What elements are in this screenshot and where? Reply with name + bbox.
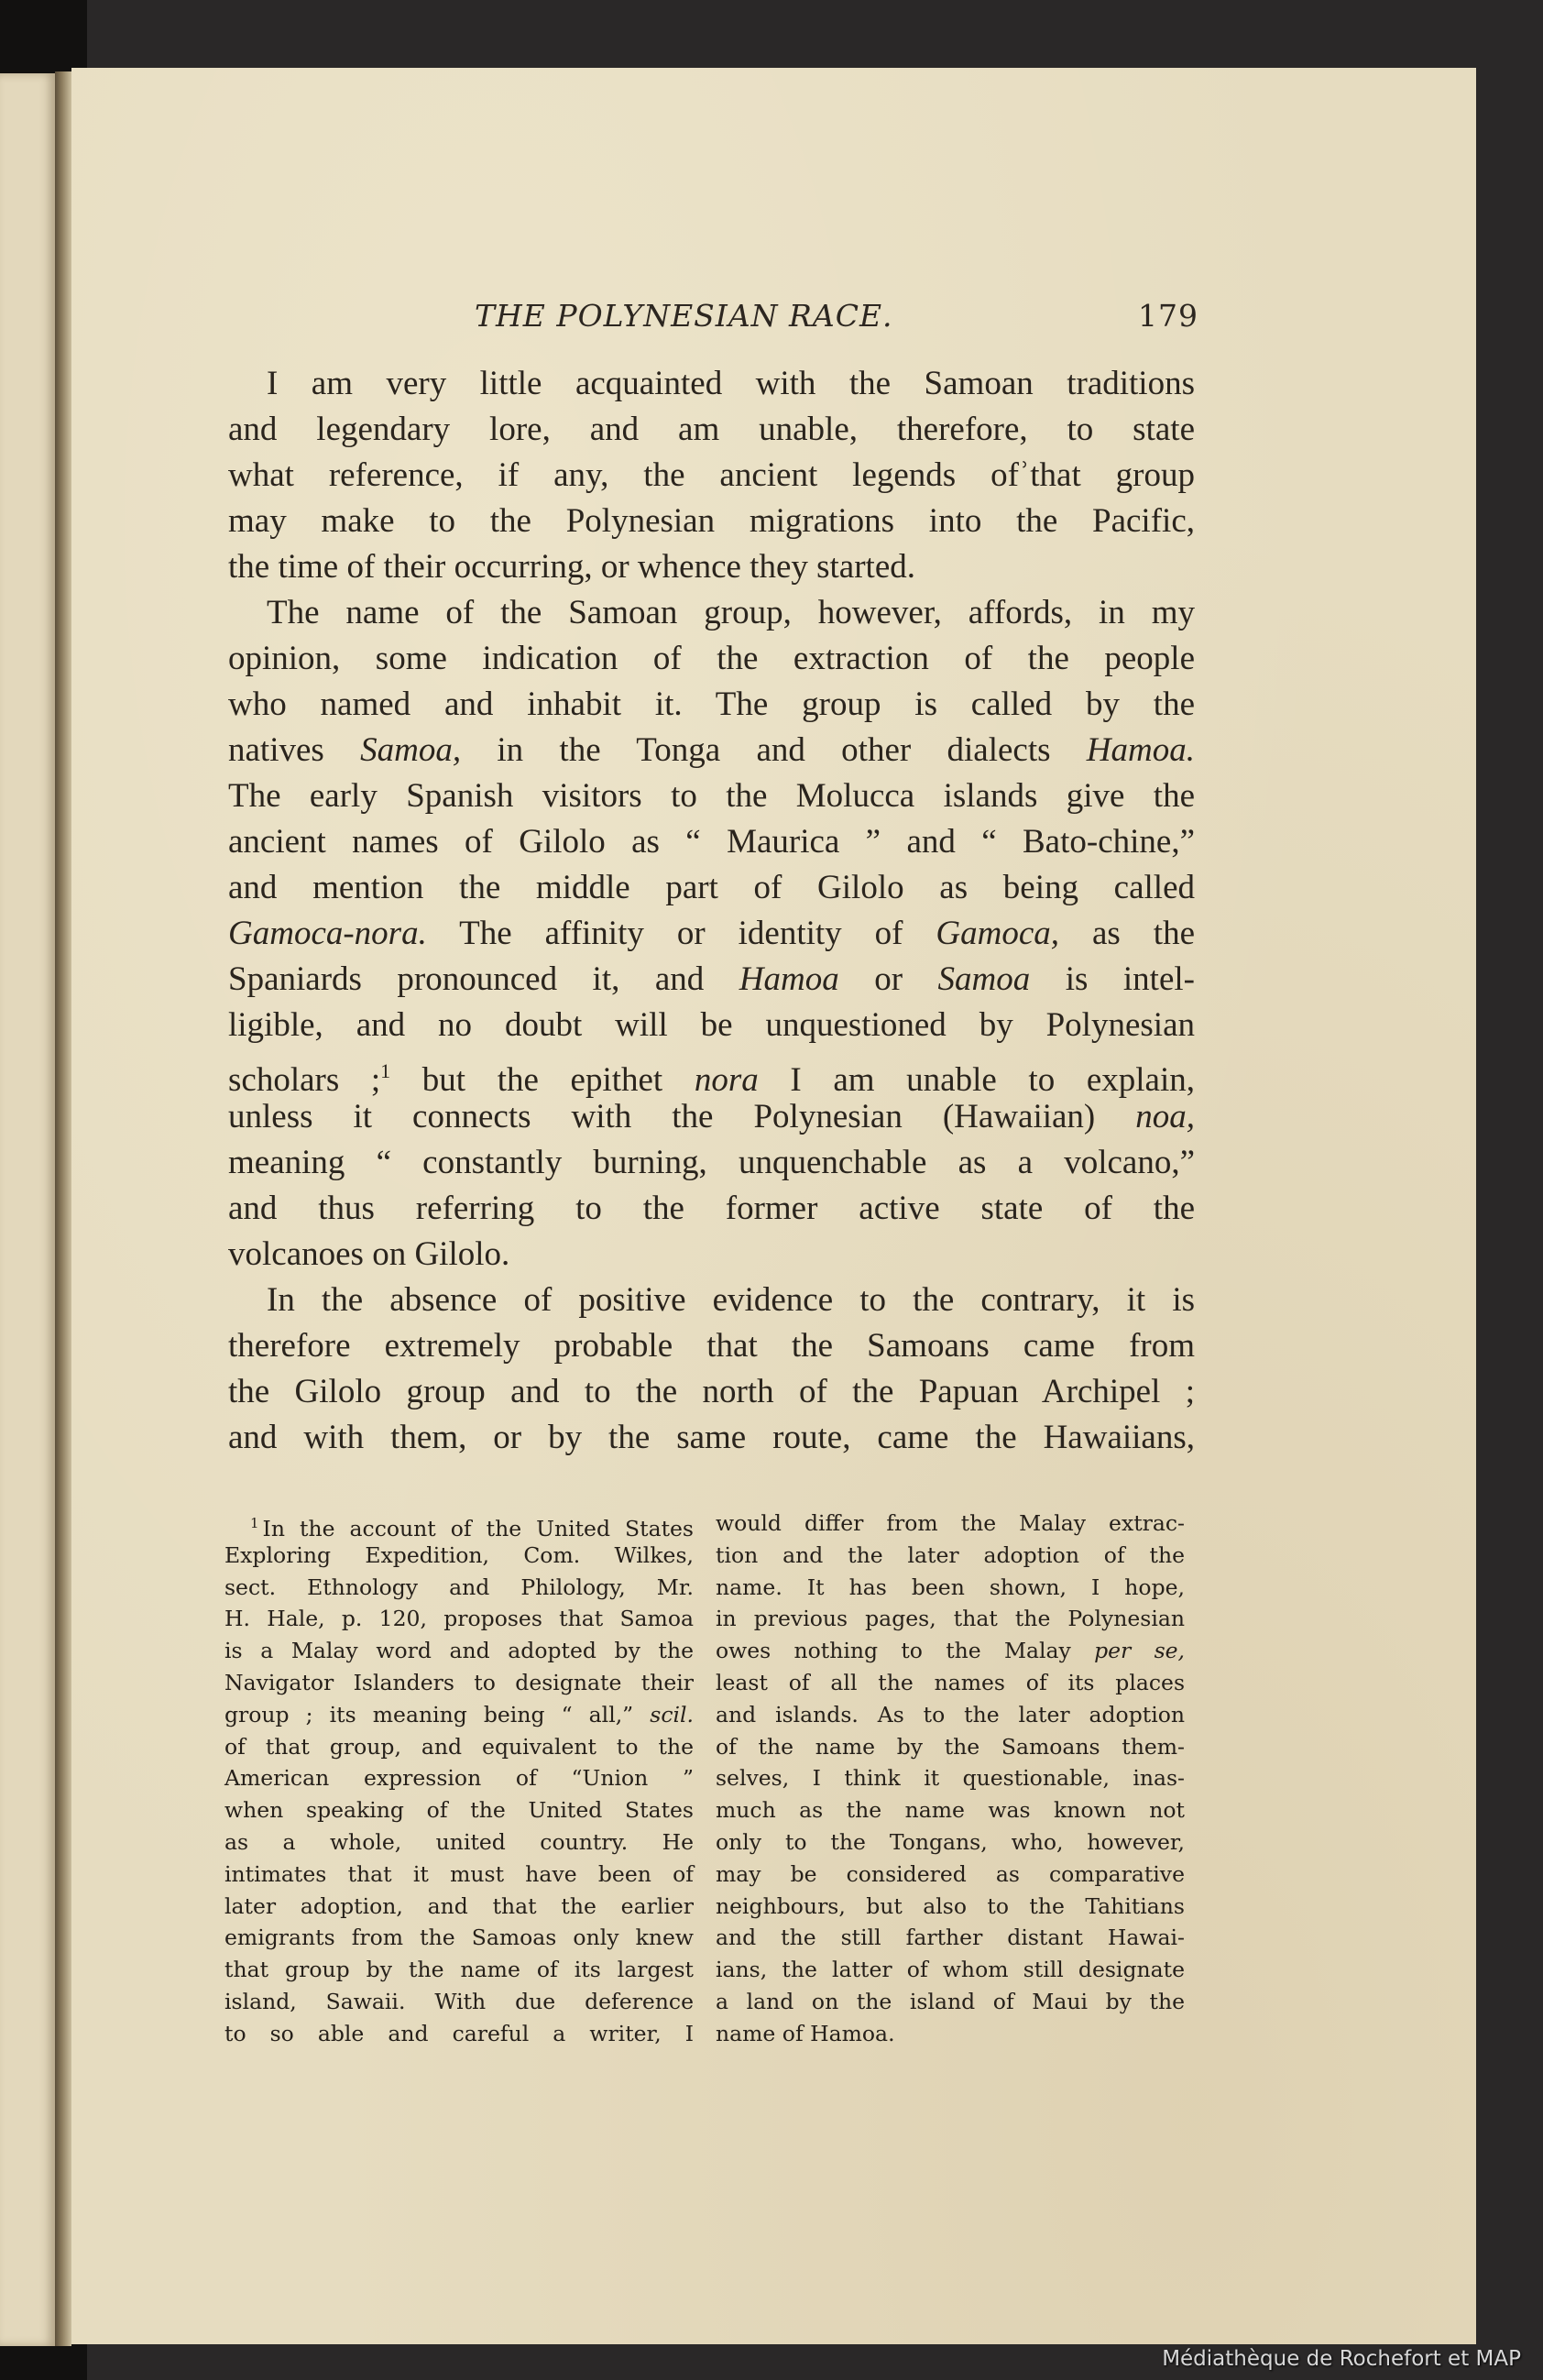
footnote-line: group ; its meaning being “ all,” scil. [224,1699,694,1731]
footnote-line: only to the Tongans, who, however, [716,1826,1185,1859]
text-segment: may be considered as comparative [716,1861,1185,1887]
page-number: 179 [1138,298,1198,334]
footnote-line: owes nothing to the Malay per se, [716,1635,1185,1667]
footnote-line: is a Malay word and adopted by the [224,1635,694,1667]
footnote-line: least of all the names of its places [716,1667,1185,1699]
italic-text: Samoa, [360,731,461,769]
text-segment: the Gilolo group and to the north of the… [228,1373,1195,1410]
book-gutter [55,71,71,2346]
footnote-line: Navigator Islanders to designate their [224,1667,694,1699]
text-line: scholars ;1 but the epithet nora I am un… [228,1048,1195,1094]
italic-text: nora [695,1061,759,1099]
text-segment: later adoption, and that the earlier [224,1893,694,1919]
text-segment: name of Hamoa. [716,2021,895,2046]
footnote-reference: 1 [380,1059,390,1082]
text-line: the time of their occurring, or whence t… [228,544,1195,590]
text-segment: The name of the Samoan group, however, a… [267,594,1195,631]
text-segment: owes nothing to the Malay [716,1638,1094,1663]
footnote-line: later adoption, and that the earlier [224,1891,694,1923]
text-line: ancient names of Gilolo as “ Maurica ” a… [228,819,1195,865]
text-line: opinion, some indication of the extracti… [228,636,1195,682]
text-line: natives Samoa, in the Tonga and other di… [228,728,1195,773]
footnote-line: to so able and careful a writer, I [224,2018,694,2050]
main-text: I am very little acquainted with the Sam… [228,361,1195,1461]
text-line: and thus referring to the former active … [228,1186,1195,1232]
text-segment: the time of their occurring, or whence t… [228,548,915,586]
footnote-line: sect. Ethnology and Philology, Mr. [224,1572,694,1604]
text-segment: emigrants from the Samoas only knew [224,1925,694,1950]
text-line: ligible, and no doubt will be unquestion… [228,1003,1195,1048]
text-segment: name. It has been shown, I hope, [716,1574,1185,1600]
text-line: who named and inhabit it. The group is c… [228,682,1195,728]
text-segment: group ; its meaning being “ all,” [224,1702,650,1727]
footnote-line: selves, I think it questionable, inas- [716,1762,1185,1794]
text-line: Spaniards pronounced it, and Hamoa or Sa… [228,957,1195,1003]
italic-text: noa, [1135,1098,1195,1135]
text-segment: I am very little acquainted with the Sam… [267,365,1195,402]
footnote-line: may be considered as comparative [716,1859,1185,1891]
footnote-line: and islands. As to the later adoption [716,1699,1185,1731]
text-segment: is a Malay word and adopted by the [224,1638,694,1663]
footnote-line: would differ from the Malay extrac- [716,1508,1185,1540]
footnote-line: of that group, and equivalent to the [224,1731,694,1763]
text-segment: unless it connects with the Polynesian (… [228,1098,1135,1135]
text-segment: Navigator Islanders to designate their [224,1670,694,1695]
text-segment: but the epithet [390,1061,695,1099]
text-segment: a land on the island of Maui by the [716,1989,1185,2014]
footnote-line: emigrants from the Samoas only knew [224,1922,694,1954]
footnote-line: H. Hale, p. 120, proposes that Samoa [224,1603,694,1635]
text-line: I am very little acquainted with the Sam… [228,361,1195,407]
italic-text: scil. [650,1702,694,1727]
text-line: unless it connects with the Polynesian (… [228,1094,1195,1140]
text-segment: selves, I think it questionable, inas- [716,1765,1185,1791]
italic-text: Gamoca, [936,915,1059,952]
text-segment: American expression of “Union ” [224,1765,694,1791]
footnote-line: much as the name was known not [716,1794,1185,1826]
footnote-line: Exploring Expedition, Com. Wilkes, [224,1540,694,1572]
italic-text: Gamoca-nora. [228,915,427,952]
footnote-line: a land on the island of Maui by the [716,1986,1185,2018]
footnote-line: when speaking of the United States [224,1794,694,1826]
text-segment: ligible, and no doubt will be unquestion… [228,1006,1195,1044]
text-segment: to so able and careful a writer, I [224,2021,694,2046]
previous-page-edge [0,73,55,2346]
text-line: meaning “ constantly burning, unquenchab… [228,1140,1195,1186]
footnote-column-left: 1In the account of the United StatesExpl… [224,1508,694,2050]
text-segment: intimates that it must have been of [224,1861,694,1887]
italic-text: Hamoa [739,960,839,998]
text-segment: therefore extremely probable that the Sa… [228,1327,1195,1365]
text-segment: H. Hale, p. 120, proposes that Samoa [224,1606,694,1631]
running-head-title: THE POLYNESIAN RACE. [475,298,893,334]
text-segment: much as the name was known not [716,1797,1185,1823]
footnote-line: and the still farther distant Hawai- [716,1922,1185,1954]
text-segment: and mention the middle part of Gilolo as… [228,869,1195,906]
footnote-line: intimates that it must have been of [224,1859,694,1891]
text-segment: and thus referring to the former active … [228,1190,1195,1227]
watermark-credit: Médiathèque de Rochefort et MAP [1162,2347,1521,2371]
text-segment: of the name by the Samoans them- [716,1734,1185,1760]
text-segment: neighbours, but also to the Tahitians [716,1893,1185,1919]
text-line: what reference, if any, the ancient lege… [228,453,1195,499]
text-segment: that group by the name of its largest [224,1957,694,1982]
text-segment: may make to the Polynesian migrations in… [228,502,1195,540]
text-segment: The early Spanish visitors to the Molucc… [228,777,1195,815]
text-line: and mention the middle part of Gilolo as… [228,865,1195,911]
footnote-line: neighbours, but also to the Tahitians [716,1891,1185,1923]
text-segment: In the account of the United States [263,1516,694,1541]
text-segment: ancient names of Gilolo as “ Maurica ” a… [228,823,1195,861]
text-segment: The affinity or identity of [427,915,936,952]
footnote-line: of the name by the Samoans them- [716,1731,1185,1763]
text-segment: least of all the names of its places [716,1670,1185,1695]
text-line: The name of the Samoan group, however, a… [228,590,1195,636]
text-segment: tion and the later adoption of the [716,1542,1185,1568]
footnote-line: name of Hamoa. [716,2018,1185,2050]
footnote-line: tion and the later adoption of the [716,1540,1185,1572]
text-segment: is intel- [1030,960,1195,998]
text-segment: island, Sawaii. With due deference [224,1989,694,2014]
text-segment: of that group, and equivalent to the [224,1734,694,1760]
text-segment: and the still farther distant Hawai- [716,1925,1185,1950]
text-segment: ians, the latter of whom still designate [716,1957,1185,1982]
italic-text: Hamoa. [1087,731,1195,769]
italic-text: per se, [1094,1638,1185,1663]
text-segment: I am unable to explain, [759,1061,1195,1099]
text-line: The early Spanish visitors to the Molucc… [228,773,1195,819]
text-segment: in the Tonga and other dialects [461,731,1087,769]
text-segment: in previous pages, that the Polynesian [716,1606,1185,1631]
text-segment: Spaniards pronounced it, and [228,960,739,998]
footnote-column-right: would differ from the Malay extrac-tion … [716,1508,1185,2050]
footnote-line: ians, the latter of whom still designate [716,1954,1185,1986]
text-segment: volcanoes on Gilolo. [228,1235,509,1273]
text-segment: when speaking of the United States [224,1797,694,1823]
footnote-line: as a whole, united country. He [224,1826,694,1859]
footnote-line: name. It has been shown, I hope, [716,1572,1185,1604]
text-line: and with them, or by the same route, cam… [228,1415,1195,1461]
text-segment: meaning “ constantly burning, unquenchab… [228,1144,1195,1181]
text-line: In the absence of positive evidence to t… [228,1278,1195,1323]
text-segment: only to the Tongans, who, however, [716,1829,1185,1855]
text-segment: sect. Ethnology and Philology, Mr. [224,1574,694,1600]
text-segment: and with them, or by the same route, cam… [228,1419,1195,1456]
running-head: THE POLYNESIAN RACE. 179 [475,298,1198,334]
text-segment: as a whole, united country. He [224,1829,694,1855]
text-segment: Exploring Expedition, Com. Wilkes, [224,1542,694,1568]
text-line: and legendary lore, and am unable, there… [228,407,1195,453]
footnote-line: that group by the name of its largest [224,1954,694,1986]
footnote-marker: 1 [250,1515,259,1531]
text-line: therefore extremely probable that the Sa… [228,1323,1195,1369]
footnote-line: in previous pages, that the Polynesian [716,1603,1185,1635]
text-segment: and islands. As to the later adoption [716,1702,1185,1727]
text-segment: scholars ; [228,1061,380,1099]
text-segment: and legendary lore, and am unable, there… [228,411,1195,448]
text-segment: who named and inhabit it. The group is c… [228,685,1195,723]
text-line: volcanoes on Gilolo. [228,1232,1195,1278]
text-segment: as the [1059,915,1195,952]
text-segment: natives [228,731,360,769]
text-segment: In the absence of positive evidence to t… [267,1281,1195,1319]
text-segment: or [839,960,938,998]
footnote-line: island, Sawaii. With due deference [224,1986,694,2018]
italic-text: Samoa [938,960,1031,998]
footnote-line: American expression of “Union ” [224,1762,694,1794]
footnote-line: 1In the account of the United States [224,1508,694,1540]
text-line: Gamoca-nora. The affinity or identity of… [228,911,1195,957]
text-line: the Gilolo group and to the north of the… [228,1369,1195,1415]
text-segment: would differ from the Malay extrac- [716,1510,1185,1536]
text-segment: opinion, some indication of the extracti… [228,640,1195,677]
text-segment: what reference, if any, the ancient lege… [228,456,1195,494]
text-line: may make to the Polynesian migrations in… [228,499,1195,544]
